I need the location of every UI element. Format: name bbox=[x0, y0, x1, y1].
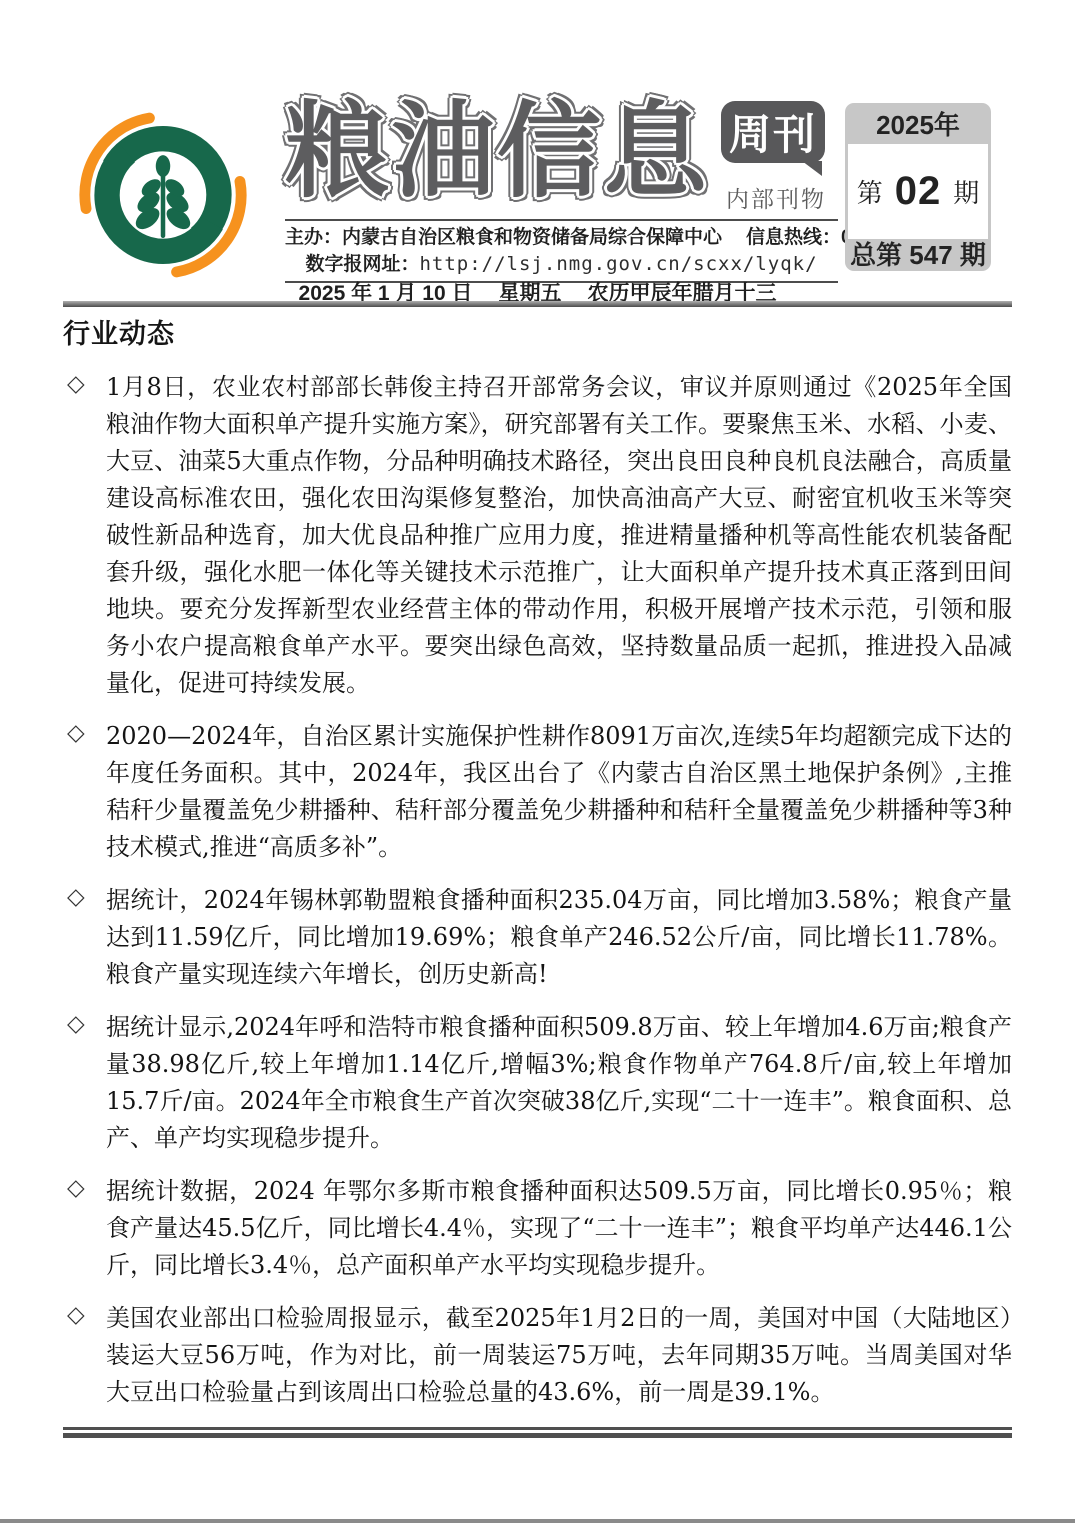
issue-number: 02 bbox=[895, 169, 942, 214]
footer-rule bbox=[63, 1427, 1012, 1438]
internal-publication-label: 内部刊物 bbox=[721, 181, 831, 214]
diamond-bullet-icon: ◇ bbox=[67, 884, 85, 910]
news-text: 据统计显示,2024年呼和浩特市粮食播种面积509.8万亩、较上年增加4.6万亩… bbox=[106, 1009, 1012, 1157]
news-item: ◇ 据统计数据，2024 年鄂尔多斯市粮食播种面积达509.5万亩，同比增长0.… bbox=[63, 1173, 1012, 1284]
hotline-label: 信息热线： bbox=[746, 227, 841, 248]
digital-site-label: 数字报网址： bbox=[305, 254, 419, 275]
paper-title: 粮油信息 bbox=[285, 95, 709, 207]
news-text: 美国农业部出口检验周报显示，截至2025年1月2日的一周，美国对中国（大陆地区）… bbox=[106, 1300, 1012, 1411]
diamond-bullet-icon: ◇ bbox=[67, 371, 85, 397]
newsletter-page: 粮油信息 周刊 内部刊物 主办：内蒙古自治区粮食和物资储备局综合保障中心信息热线… bbox=[0, 0, 1075, 1523]
title-row: 粮油信息 周刊 内部刊物 bbox=[285, 95, 838, 219]
wheat-spike-icon bbox=[132, 155, 194, 236]
diamond-bullet-icon: ◇ bbox=[67, 1175, 85, 1201]
weekly-badge-label: 周刊 bbox=[729, 102, 817, 162]
issue-number-prefix: 第 bbox=[857, 173, 883, 210]
masthead: 粮油信息 周刊 内部刊物 主办：内蒙古自治区粮食和物资储备局综合保障中心信息热线… bbox=[63, 95, 1012, 307]
page-edge bbox=[0, 1519, 1075, 1523]
news-item: ◇ 1月8日，农业农村部部长韩俊主持召开部常务会议，审议并原则通过《2025年全… bbox=[63, 369, 1012, 702]
news-text: 据统计数据，2024 年鄂尔多斯市粮食播种面积达509.5万亩，同比增长0.95… bbox=[106, 1173, 1012, 1284]
weekly-badge: 周刊 bbox=[721, 101, 825, 163]
masthead-divider-top bbox=[285, 219, 838, 221]
organizer-name: 内蒙古自治区粮食和物资储备局综合保障中心 bbox=[342, 227, 722, 248]
header-rule bbox=[63, 301, 1012, 307]
section-title: 行业动态 bbox=[63, 312, 1012, 351]
issue-total: 总第 547 期 bbox=[845, 239, 991, 271]
news-text: 据统计，2024年锡林郭勒盟粮食播种面积235.04万亩，同比增加3.58%；粮… bbox=[106, 882, 1012, 993]
digital-site-line: 数字报网址：http://lsj.nmg.gov.cn/scxx/lyqk/ bbox=[285, 252, 838, 277]
news-text: 1月8日，农业农村部部长韩俊主持召开部常务会议，审议并原则通过《2025年全国粮… bbox=[106, 369, 1012, 702]
news-item: ◇ 据统计，2024年锡林郭勒盟粮食播种面积235.04万亩，同比增加3.58%… bbox=[63, 882, 1012, 993]
diamond-bullet-icon: ◇ bbox=[67, 720, 85, 746]
digital-site-link[interactable]: http://lsj.nmg.gov.cn/scxx/lyqk/ bbox=[419, 253, 817, 275]
issue-number-suffix: 期 bbox=[953, 173, 979, 210]
organizer-label: 主办： bbox=[285, 227, 342, 248]
news-item: ◇ 据统计显示,2024年呼和浩特市粮食播种面积509.8万亩、较上年增加4.6… bbox=[63, 1009, 1012, 1157]
diamond-bullet-icon: ◇ bbox=[67, 1011, 85, 1037]
masthead-center: 粮油信息 周刊 内部刊物 主办：内蒙古自治区粮食和物资储备局综合保障中心信息热线… bbox=[285, 95, 838, 283]
news-item: ◇ 美国农业部出口检验周报显示，截至2025年1月2日的一周，美国对中国（大陆地… bbox=[63, 1300, 1012, 1411]
grain-bureau-logo-icon bbox=[63, 109, 263, 281]
content: 行业动态 ◇ 1月8日，农业农村部部长韩俊主持召开部常务会议，审议并原则通过《2… bbox=[63, 312, 1012, 1438]
news-text: 2020—2024年，自治区累计实施保护性耕作8091万亩次,连续5年均超额完成… bbox=[106, 718, 1012, 866]
weekly-badge-group: 周刊 内部刊物 bbox=[721, 101, 831, 214]
speech-bubble-tail-icon bbox=[802, 161, 822, 176]
issue-number-panel: 第 02 期 bbox=[848, 144, 988, 239]
organizer-line: 主办：内蒙古自治区粮食和物资储备局综合保障中心信息热线：0471-4503086 bbox=[285, 226, 838, 250]
diamond-bullet-icon: ◇ bbox=[67, 1302, 85, 1328]
issue-year: 2025年 bbox=[845, 103, 991, 144]
issue-box: 2025年 第 02 期 总第 547 期 bbox=[845, 103, 991, 271]
news-item: ◇ 2020—2024年，自治区累计实施保护性耕作8091万亩次,连续5年均超额… bbox=[63, 718, 1012, 866]
